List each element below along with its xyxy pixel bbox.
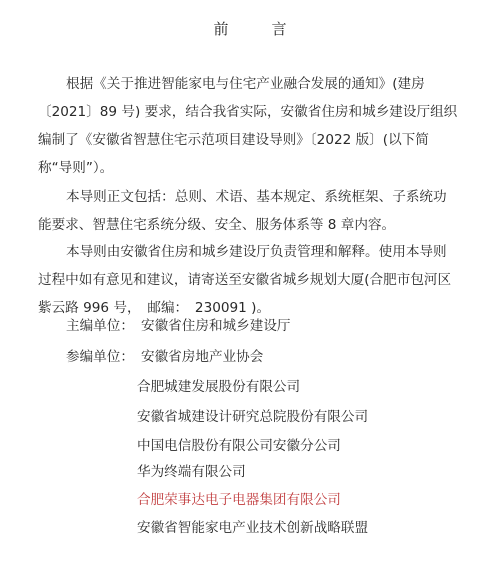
paragraph-basis: 根据《关于推进智能家电与住宅产业融合发展的通知》(建房〔2021〕89 号) 要… [38, 70, 458, 182]
participant-item: 华为终端有限公司 [137, 462, 246, 482]
paragraph-basis-text: 根据《关于推进智能家电与住宅产业融合发展的通知》(建房〔2021〕89 号) 要… [38, 76, 457, 176]
paragraph-contents-text: 本导则正文包括：总则、术语、基本规定、系统框架、子系统功能要求、智慧住宅系统分级… [38, 189, 447, 233]
paragraph-management: 本导则由安徽省住房和城乡建设厅负责管理和解释。使用本导则过程中如有意见和建议，请… [38, 238, 458, 322]
participant-item: 安徽省城建设计研究总院股份有限公司 [137, 407, 368, 427]
participants-label: 参编单位： [66, 347, 134, 367]
chief-editor-value: 安徽省住房和城乡建设厅 [141, 316, 291, 336]
paragraph-management-text: 本导则由安徽省住房和城乡建设厅负责管理和解释。使用本导则过程中如有意见和建议，请… [38, 244, 451, 316]
participant-item: 中国电信股份有限公司安徽分公司 [137, 436, 341, 456]
chief-editor-label: 主编单位： [66, 316, 134, 336]
participant-item: 安徽省智能家电产业技术创新战略联盟 [137, 518, 368, 538]
participant-item-highlighted: 合肥荣事达电子电器集团有限公司 [137, 490, 341, 510]
participant-item: 安徽省房地产业协会 [141, 347, 263, 367]
page-title: 前 言 [0, 18, 500, 39]
participant-item: 合肥城建发展股份有限公司 [137, 377, 300, 397]
paragraph-contents: 本导则正文包括：总则、术语、基本规定、系统框架、子系统功能要求、智慧住宅系统分级… [38, 183, 458, 239]
